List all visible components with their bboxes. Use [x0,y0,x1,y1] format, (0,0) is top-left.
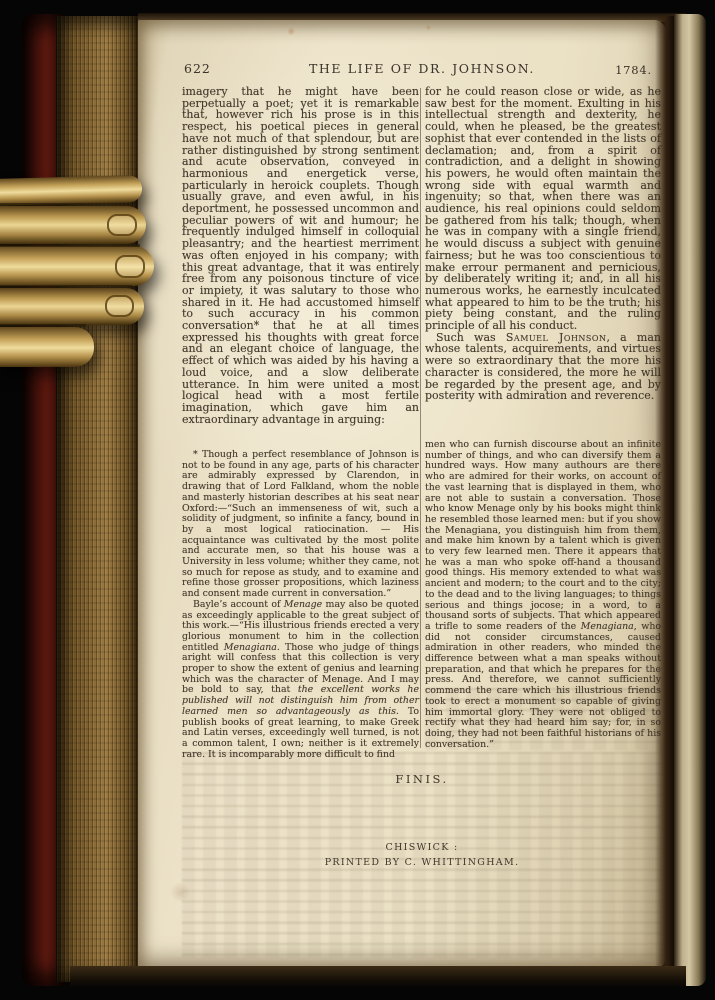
main-text-right: for he could reason close or wide, as he… [425,86,661,332]
page-number: 622 [184,61,211,76]
footnote-bayle-segment-italic: Menage [284,599,322,610]
little-finger [0,327,94,367]
page-gutter-shadow [655,16,675,976]
book-bottom-edge [70,966,686,988]
thumb [0,175,142,206]
page-header: 622 THE LIFE OF DR. JOHNSON. 1784. [182,61,662,79]
footnote-continuation-segment: , who did not consider circumstances, ca… [425,621,661,750]
column-divider [420,88,421,748]
left-column-footnote: * Though a perfect resemblance of Johnso… [182,450,419,760]
footnote-continuation-segment: men who can furnish discourse about an i… [425,439,661,632]
footnote-bayle-segment-italic: Menagiana [224,642,277,653]
right-column-footnote: men who can furnish discourse about an i… [425,440,661,750]
index-fingernail [108,215,136,235]
samuel-johnson-paragraph: Such was Samuel Johnson, a man whose tal… [425,332,661,402]
footnote-continuation: men who can furnish discourse about an i… [425,440,661,750]
finger-crease [0,285,132,288]
finger-crease [0,324,86,327]
brass-hand-clasp [0,175,164,371]
footnote-continuation-segment-italic: Menagiana [581,621,634,632]
middle-fingernail [116,256,144,277]
footnote-bayle-segment: Bayle’s account of [193,599,284,610]
left-column: imagery that he might have been perpetua… [182,86,419,425]
finis-label: FINIS. [182,772,662,786]
facing-page-edge [674,14,706,986]
footnote-clarendon: * Though a perfect resemblance of Johnso… [182,450,419,600]
imprint-printer: PRINTED BY C. WHITTINGHAM. [182,856,662,871]
right-column: for he could reason close or wide, as he… [425,86,661,402]
main-text-left: imagery that he might have been perpetua… [182,86,419,425]
finger-crease [0,203,132,206]
ring-fingernail [106,296,133,316]
finger-crease [0,244,140,247]
running-title: THE LIFE OF DR. JOHNSON. [182,61,662,76]
imprint-place: CHISWICK : [182,841,662,856]
book-page: 622 THE LIFE OF DR. JOHNSON. 1784. image… [138,20,666,968]
printer-imprint: CHISWICK : PRINTED BY C. WHITTINGHAM. [182,841,662,870]
closing-segment: , a man whose talents, acquirements, and… [425,331,661,403]
year-label: 1784. [615,63,652,77]
photo-backdrop: 622 THE LIFE OF DR. JOHNSON. 1784. image… [0,0,715,1000]
footnote-bayle: Bayle’s account of Menage may also be qu… [182,600,419,761]
gilt-page-edges [56,16,140,982]
